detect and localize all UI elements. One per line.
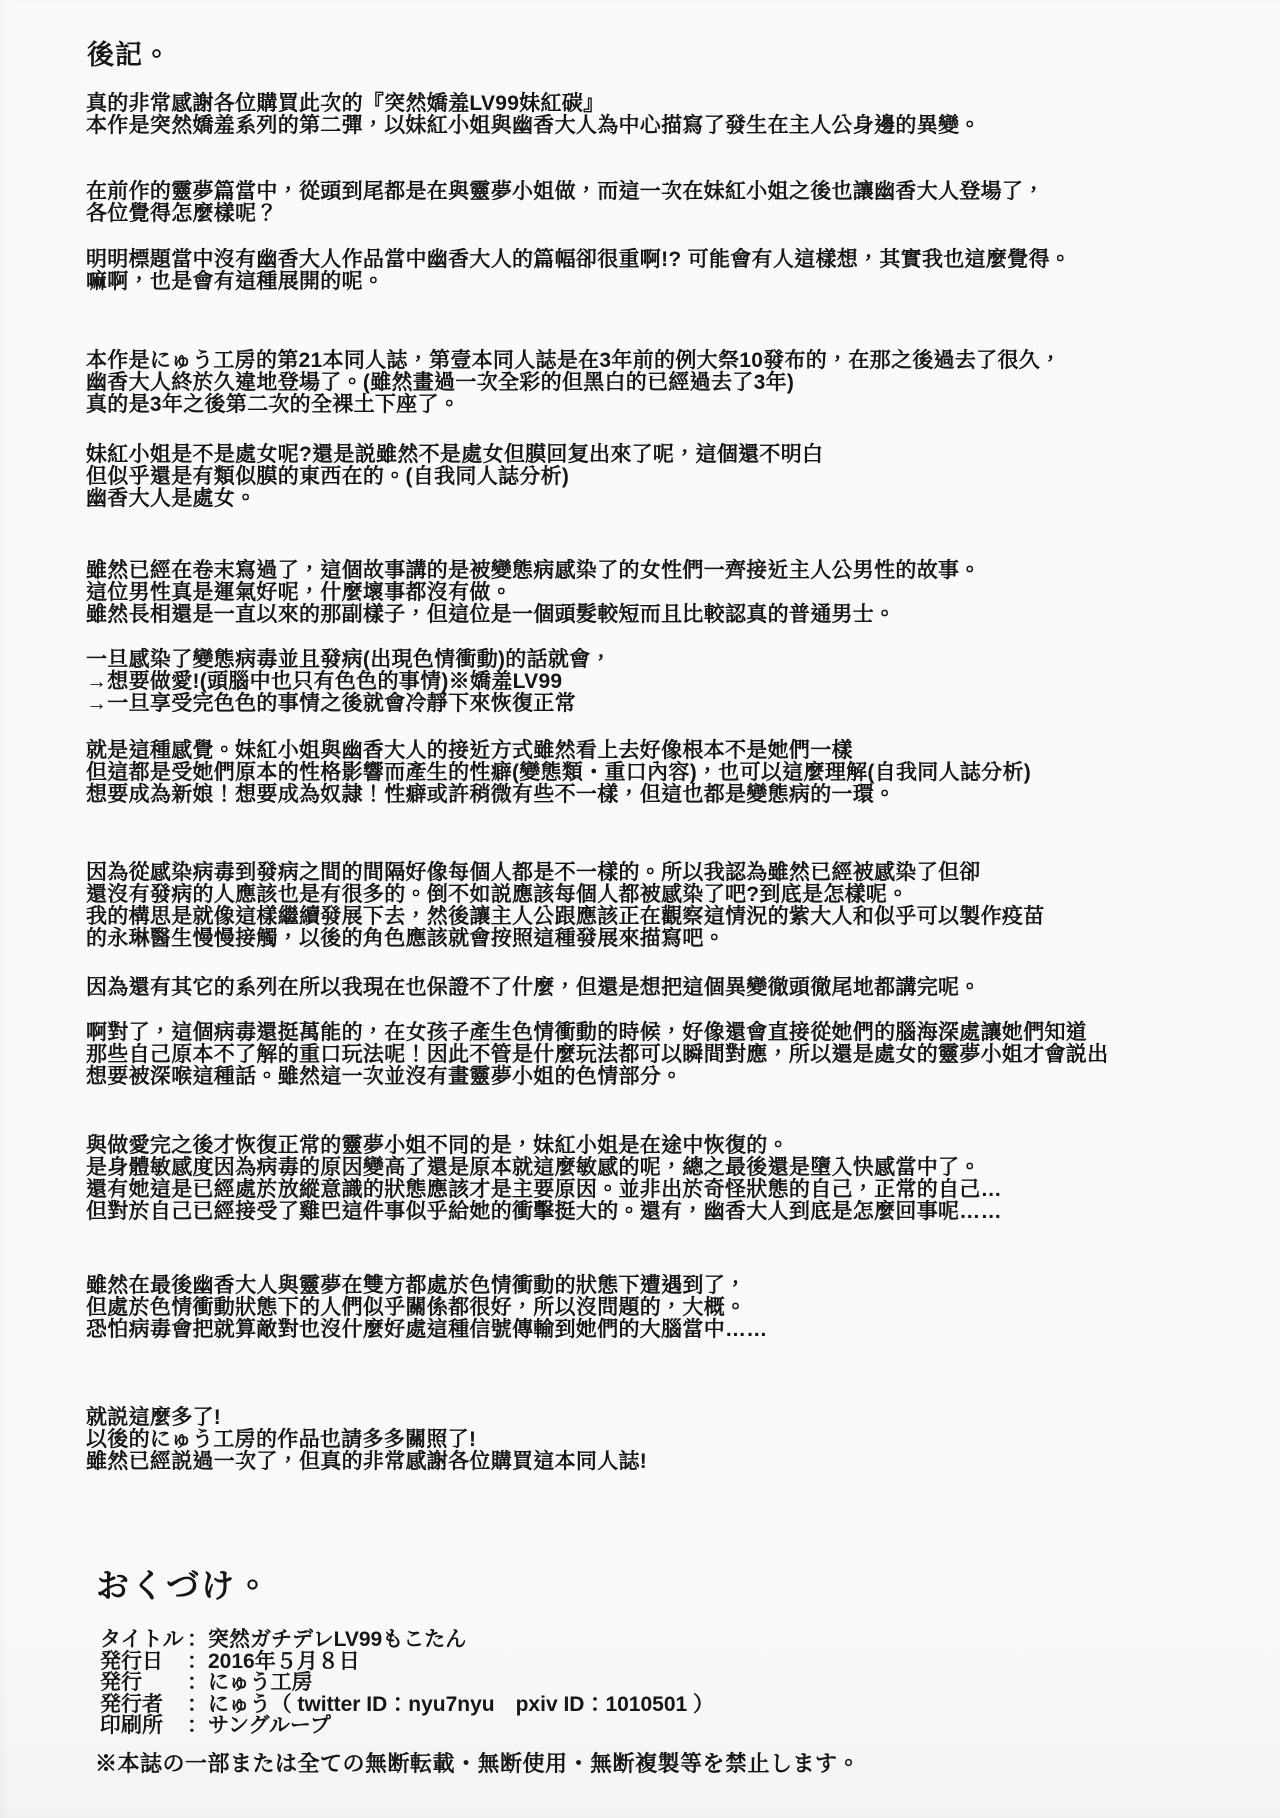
paragraph-line: 本作是突然嬌羞系列的第二彈，以妹紅小姐與幽香大人為中心描寫了發生在主人公身邊的異… [86,115,1270,137]
paragraph-line: 真的非常感謝各位購買此次的『突然嬌羞LV99妹紅碳』 [86,93,1270,115]
paragraph-line: 但對於自己已經接受了雞巴這件事似乎給她的衝擊挺大的。還有，幽香大人到底是怎麼回事… [86,1201,1270,1223]
paragraph-line: 雖然已經説過一次了，但真的非常感謝各位購買這本同人誌! [86,1451,1270,1473]
paragraph-line: 就説這麼多了! [86,1407,1270,1429]
paragraph-line: 本作是にゅう工房的第21本同人誌，第壹本同人誌是在3年前的例大祭10發布的，在那… [86,350,1270,372]
paragraph-line: 那些自己原本不了解的重口玩法呢！因此不管是什麼玩法都可以瞬間對應，所以還是處女的… [86,1044,1270,1066]
colophon-value: 2016年５月８日 [208,1651,360,1673]
paragraph: 本作是にゅう工房的第21本同人誌，第壹本同人誌是在3年前的例大祭10發布的，在那… [86,350,1270,416]
colophon-row: 発行：にゅう工房 [100,1672,714,1694]
paragraph: 因為從感染病毒到發病之間的間隔好像每個人都是不一樣的。所以我認為雖然已經被感染了… [86,862,1270,950]
paragraph-line: 明明標題當中沒有幽香大人作品當中幽香大人的篇幅卻很重啊!? 可能會有人這樣想，其… [86,249,1270,271]
paragraph-line: 因為還有其它的系列在所以我現在也保證不了什麼，但還是想把這個異變徹頭徹尾地都講完… [86,977,1270,999]
paragraph-line: 啊對了，這個病毒還挺萬能的，在女孩子產生色情衝動的時候，好像還會直接從她們的腦海… [86,1022,1270,1044]
colophon-separator: ： [187,1629,208,1651]
colophon-label: 発行者 [100,1694,187,1716]
colophon-label: 発行 [100,1672,187,1694]
paragraph: 一旦感染了變態病毒並且發病(出現色情衝動)的話就會，→想要做愛!(頭腦中也只有色… [86,649,1270,715]
paragraph-line: →想要做愛!(頭腦中也只有色色的事情)※嬌羞LV99 [86,671,1270,693]
paragraph-line: 但處於色情衝動狀態下的人們似乎關係都很好，所以沒問題的，大概。 [86,1297,1270,1319]
colophon-label: 発行日 [100,1651,187,1673]
paragraph: 因為還有其它的系列在所以我現在也保證不了什麼，但還是想把這個異變徹頭徹尾地都講完… [86,977,1270,999]
colophon-value: にゅう（ twitter ID：nyu7nyu pxiv ID：1010501 … [208,1694,714,1716]
paragraph-line: 幽香大人是處女。 [86,488,1270,510]
paragraph-line: 還沒有發病的人應該也是有很多的。倒不如説應該每個人都被感染了吧?到底是怎樣呢。 [86,884,1270,906]
colophon-label: タイトル [100,1629,187,1651]
afterword-body: 真的非常感謝各位購買此次的『突然嬌羞LV99妹紅碳』本作是突然嬌羞系列的第二彈，… [0,0,1280,1818]
paragraph-line: 想要成為新娘！想要成為奴隷！性癖或許稍微有些不一樣，但這也都是變態病的一環。 [86,784,1270,806]
afterword-page: 後記。 真的非常感謝各位購買此次的『突然嬌羞LV99妹紅碳』本作是突然嬌羞系列的… [0,0,1280,1818]
paragraph-line: 以後的にゅう工房的作品也請多多關照了! [86,1429,1270,1451]
okuzuke-heading: おくづけ。 [96,1560,271,1607]
paragraph-line: 的永琳醫生慢慢接觸，以後的角色應該就會按照這種發展來描寫吧。 [86,928,1270,950]
paragraph-line: 雖然長相還是一直以來的那副樣子，但這位是一個頭髮較短而且比較認真的普通男士。 [86,604,1270,626]
paragraph: 啊對了，這個病毒還挺萬能的，在女孩子產生色情衝動的時候，好像還會直接從她們的腦海… [86,1022,1270,1088]
paragraph: 雖然已經在卷末寫過了，這個故事講的是被變態病感染了的女性們一齊接近主人公男性的故… [86,560,1270,626]
paragraph: 與做愛完之後才恢復正常的靈夢小姐不同的是，妹紅小姐是在途中恢復的。是身體敏感度因… [86,1135,1270,1223]
paragraph-line: 因為從感染病毒到發病之間的間隔好像每個人都是不一樣的。所以我認為雖然已經被感染了… [86,862,1270,884]
paragraph-line: 我的構思是就像這樣繼續發展下去，然後讓主人公跟應該正在觀察這情況的紫大人和似乎可… [86,906,1270,928]
paragraph: 明明標題當中沒有幽香大人作品當中幽香大人的篇幅卻很重啊!? 可能會有人這樣想，其… [86,249,1270,293]
paragraph-line: 嘛啊，也是會有這種展開的呢。 [86,271,1270,293]
colophon-row: タイトル：突然ガチデレLV99もこたん [100,1629,714,1651]
paragraph-line: 各位覺得怎麼樣呢？ [86,203,1270,225]
paragraph-line: 在前作的靈夢篇當中，從頭到尾都是在與靈夢小姐做，而這一次在妹紅小姐之後也讓幽香大… [86,181,1270,203]
colophon-value: 突然ガチデレLV99もこたん [208,1629,466,1651]
paragraph-line: 還有她這是已經處於放縱意識的狀態應該才是主要原因。並非出於奇怪狀態的自己，正常的… [86,1179,1270,1201]
colophon-value: サングループ [208,1715,331,1737]
colophon-separator: ： [187,1694,208,1716]
paragraph-line: 與做愛完之後才恢復正常的靈夢小姐不同的是，妹紅小姐是在途中恢復的。 [86,1135,1270,1157]
paragraph-line: 想要被深喉這種話。雖然這一次並沒有畫靈夢小姐的色情部分。 [86,1066,1270,1088]
colophon-label: 印刷所 [100,1715,187,1737]
colophon-separator: ： [187,1651,208,1673]
paragraph-line: 妹紅小姐是不是處女呢?還是説雖然不是處女但膜回复出來了呢，這個還不明白 [86,444,1270,466]
colophon-row: 発行者：にゅう（ twitter ID：nyu7nyu pxiv ID：1010… [100,1694,714,1716]
colophon-row: 印刷所：サングループ [100,1715,714,1737]
colophon-rows: タイトル：突然ガチデレLV99もこたん発行日：2016年５月８日発行：にゅう工房… [100,1629,714,1737]
paragraph-line: 就是這種感覺。妹紅小姐與幽香大人的接近方式雖然看上去好像根本不是她們一樣 [86,740,1270,762]
paragraph: 就説這麼多了!以後的にゅう工房的作品也請多多關照了!雖然已經説過一次了，但真的非… [86,1407,1270,1473]
paragraph-line: 雖然已經在卷末寫過了，這個故事講的是被變態病感染了的女性們一齊接近主人公男性的故… [86,560,1270,582]
paragraph-line: 真的是3年之後第二次的全裸土下座了。 [86,394,1270,416]
paragraph-line: 幽香大人終於久違地登場了。(雖然畫過一次全彩的但黑白的已經過去了3年) [86,372,1270,394]
paragraph-line: 一旦感染了變態病毒並且發病(出現色情衝動)的話就會， [86,649,1270,671]
paragraph-line: 恐怕病毒會把就算敵對也沒什麼好處這種信號傳輸到她們的大腦當中…… [86,1319,1270,1341]
paragraph-line: 這位男性真是運氣好呢，什麼壞事都沒有做。 [86,582,1270,604]
colophon-separator: ： [187,1715,208,1737]
colophon-value: にゅう工房 [208,1672,313,1694]
paragraph-line: 是身體敏感度因為病毒的原因變高了還是原本就這麼敏感的呢，總之最後還是墮入快感當中… [86,1157,1270,1179]
colophon-separator: ： [187,1672,208,1694]
paragraph: 雖然在最後幽香大人與靈夢在雙方都處於色情衝動的狀態下遭遇到了，但處於色情衝動狀態… [86,1275,1270,1341]
paragraph: 在前作的靈夢篇當中，從頭到尾都是在與靈夢小姐做，而這一次在妹紅小姐之後也讓幽香大… [86,181,1270,225]
colophon-row: 発行日：2016年５月８日 [100,1651,714,1673]
copyright-notice: ※本誌の一部または全ての無断転載・無断使用・無断複製等を禁止します。 [95,1752,860,1776]
paragraph-line: →一旦享受完色色的事情之後就會冷靜下來恢復正常 [86,693,1270,715]
paragraph: 妹紅小姐是不是處女呢?還是説雖然不是處女但膜回复出來了呢，這個還不明白但似乎還是… [86,444,1270,510]
paragraph-line: 雖然在最後幽香大人與靈夢在雙方都處於色情衝動的狀態下遭遇到了， [86,1275,1270,1297]
paragraph-line: 但似乎還是有類似膜的東西在的。(自我同人誌分析) [86,466,1270,488]
paragraph-line: 但這都是受她們原本的性格影響而產生的性癖(變態類・重口內容)，也可以這麼理解(自… [86,762,1270,784]
paragraph: 就是這種感覺。妹紅小姐與幽香大人的接近方式雖然看上去好像根本不是她們一樣但這都是… [86,740,1270,806]
paragraph: 真的非常感謝各位購買此次的『突然嬌羞LV99妹紅碳』本作是突然嬌羞系列的第二彈，… [86,93,1270,137]
